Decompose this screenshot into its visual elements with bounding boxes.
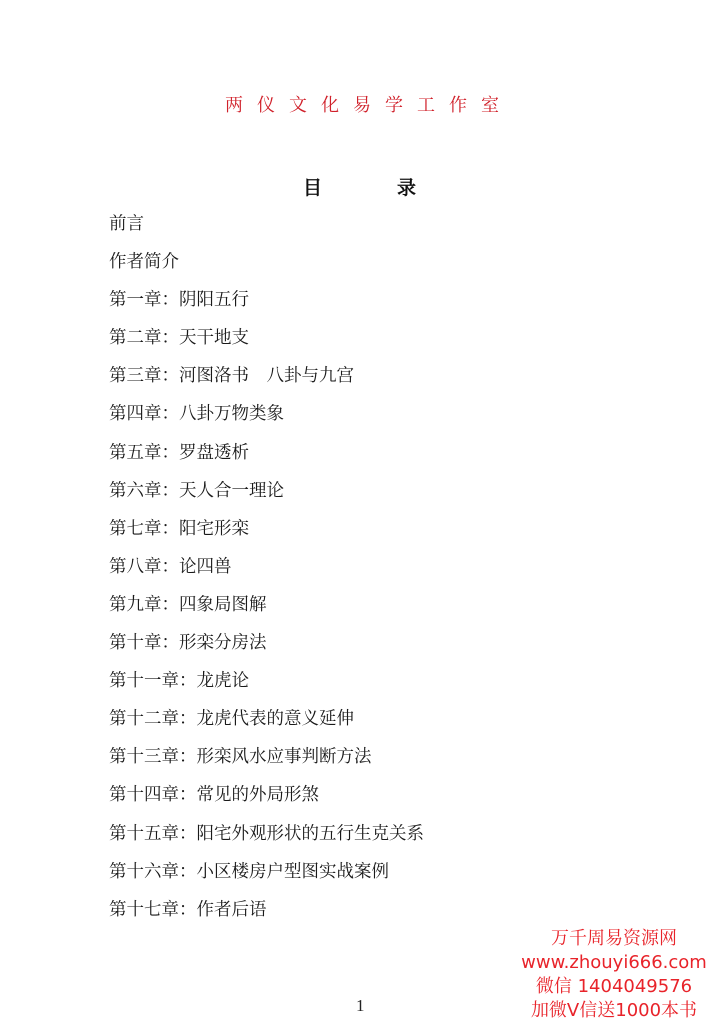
toc-item-chapter-7: 第七章：阳宅形栾 <box>109 517 424 555</box>
chapter-number: 第五章： <box>109 441 179 465</box>
chapter-number: 第十六章： <box>109 860 197 884</box>
toc-item-preface: 前言 <box>109 212 424 250</box>
chapter-title: 四象局图解 <box>179 595 267 615</box>
toc-item-chapter-17: 第十七章：作者后语 <box>109 898 424 936</box>
chapter-title: 河图洛书 八卦与九宫 <box>179 366 354 386</box>
chapter-number: 第十章： <box>109 631 179 655</box>
toc-heading-left: 目 <box>303 173 322 200</box>
watermark-wechat: 微信 1404049576 <box>514 975 714 999</box>
toc-item-chapter-13: 第十三章：形栾风水应事判断方法 <box>109 745 424 783</box>
chapter-title: 天人合一理论 <box>179 481 284 501</box>
toc-item-chapter-6: 第六章：天人合一理论 <box>109 479 424 517</box>
watermark-promo: 加微V信送1000本书 <box>514 999 714 1023</box>
toc-item-chapter-1: 第一章：阴阳五行 <box>109 288 424 326</box>
toc-item-chapter-4: 第四章：八卦万物类象 <box>109 402 424 440</box>
watermark-url: www.zhouyi666.com <box>514 951 714 975</box>
toc-heading-right: 录 <box>397 173 416 200</box>
studio-title: 两仪文化易学工作室 <box>0 91 724 117</box>
chapter-title: 罗盘透析 <box>179 443 249 463</box>
chapter-title: 天干地支 <box>179 328 249 348</box>
chapter-title: 阳宅形栾 <box>179 519 249 539</box>
chapter-title: 常见的外局形煞 <box>197 785 320 805</box>
chapter-number: 第十五章： <box>109 822 197 846</box>
chapter-number: 第十四章： <box>109 783 197 807</box>
table-of-contents: 前言 作者简介 第一章：阴阳五行 第二章：天干地支 第三章：河图洛书 八卦与九宫… <box>109 212 424 936</box>
chapter-number: 第四章： <box>109 402 179 426</box>
chapter-number: 第六章： <box>109 479 179 503</box>
chapter-title: 龙虎代表的意义延伸 <box>197 709 355 729</box>
chapter-title: 阴阳五行 <box>179 290 249 310</box>
chapter-title: 小区楼房户型图实战案例 <box>197 862 390 882</box>
chapter-title: 龙虎论 <box>197 671 250 691</box>
chapter-title: 八卦万物类象 <box>179 404 284 424</box>
chapter-number: 第九章： <box>109 593 179 617</box>
chapter-title: 形栾分房法 <box>179 633 267 653</box>
toc-label: 前言 <box>109 212 144 236</box>
toc-item-chapter-10: 第十章：形栾分房法 <box>109 631 424 669</box>
toc-item-chapter-12: 第十二章：龙虎代表的意义延伸 <box>109 707 424 745</box>
toc-heading: 目录 <box>303 173 416 200</box>
toc-item-chapter-9: 第九章：四象局图解 <box>109 593 424 631</box>
toc-item-chapter-8: 第八章：论四兽 <box>109 555 424 593</box>
chapter-title: 论四兽 <box>179 557 232 577</box>
chapter-number: 第八章： <box>109 555 179 579</box>
watermark: 万千周易资源网 www.zhouyi666.com 微信 1404049576 … <box>514 927 714 1023</box>
chapter-number: 第二章： <box>109 326 179 350</box>
chapter-title: 作者后语 <box>197 900 267 920</box>
chapter-number: 第一章： <box>109 288 179 312</box>
toc-item-author: 作者简介 <box>109 250 424 288</box>
toc-item-chapter-11: 第十一章：龙虎论 <box>109 669 424 707</box>
page-number: 1 <box>356 996 365 1016</box>
toc-item-chapter-14: 第十四章：常见的外局形煞 <box>109 783 424 821</box>
toc-label: 作者简介 <box>109 250 179 274</box>
chapter-number: 第十二章： <box>109 707 197 731</box>
document-page: 两仪文化易学工作室 目录 前言 作者简介 第一章：阴阳五行 第二章：天干地支 第… <box>0 0 724 1024</box>
watermark-site-name: 万千周易资源网 <box>514 927 714 951</box>
chapter-number: 第十七章： <box>109 898 197 922</box>
toc-item-chapter-2: 第二章：天干地支 <box>109 326 424 364</box>
toc-item-chapter-3: 第三章：河图洛书 八卦与九宫 <box>109 364 424 402</box>
chapter-number: 第七章： <box>109 517 179 541</box>
toc-item-chapter-16: 第十六章：小区楼房户型图实战案例 <box>109 860 424 898</box>
toc-item-chapter-15: 第十五章：阳宅外观形状的五行生克关系 <box>109 822 424 860</box>
chapter-number: 第三章： <box>109 364 179 388</box>
toc-item-chapter-5: 第五章：罗盘透析 <box>109 441 424 479</box>
chapter-number: 第十一章： <box>109 669 197 693</box>
chapter-title: 形栾风水应事判断方法 <box>197 747 372 767</box>
chapter-number: 第十三章： <box>109 745 197 769</box>
chapter-title: 阳宅外观形状的五行生克关系 <box>197 824 425 844</box>
